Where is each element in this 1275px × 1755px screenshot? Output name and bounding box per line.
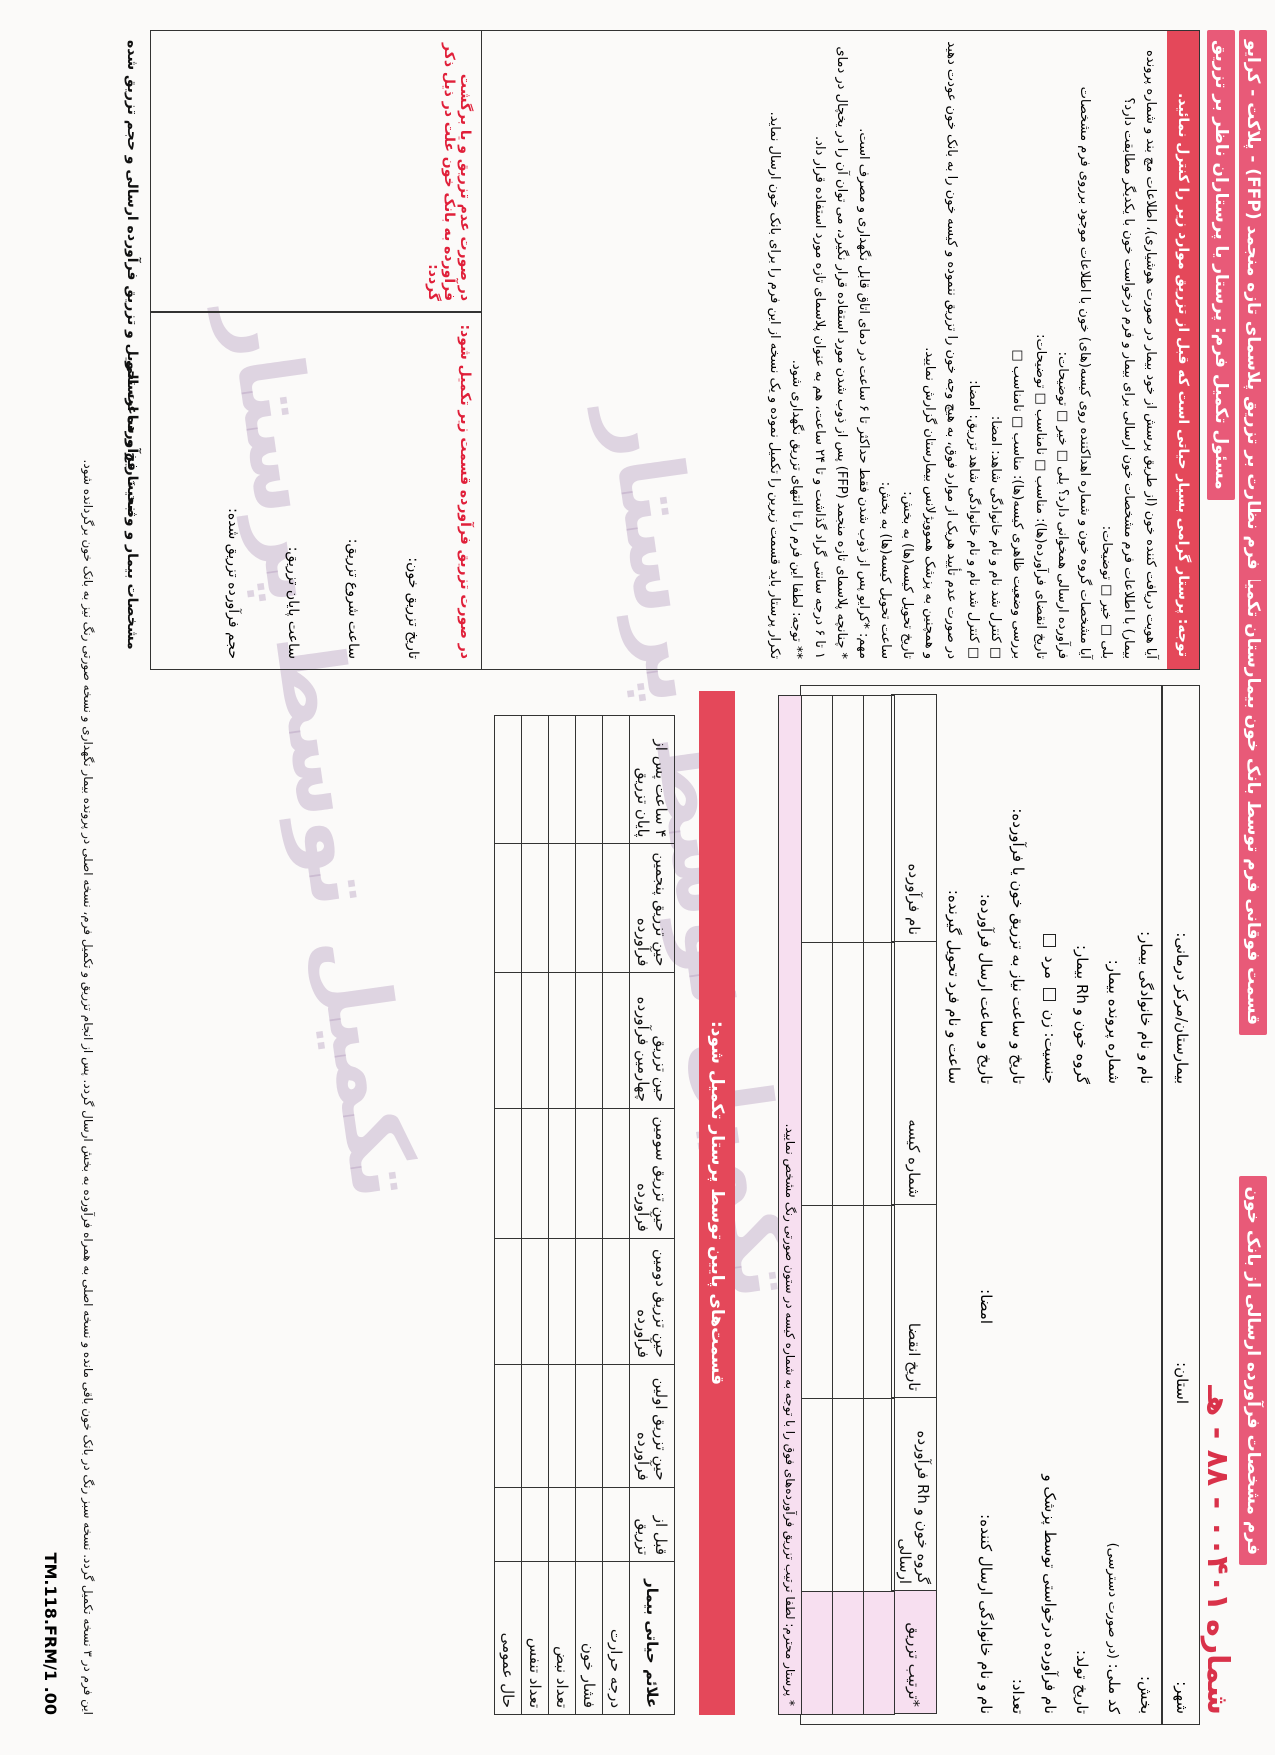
check-item: مهم: *کرایو پس از ذوب شدن فقط حداکثر تا … bbox=[852, 41, 874, 659]
check-item: بررسی وضعیت ظاهری کیسه(ها): مناسب □ نامن… bbox=[1006, 41, 1028, 659]
col-label: تعداد تنفس bbox=[522, 1562, 549, 1715]
national-id-label: کد ملی: (در صورت دسترسی) bbox=[1105, 1543, 1123, 1714]
form-code: TM.118.FRM/1 .00 bbox=[41, 1553, 60, 1715]
cell[interactable] bbox=[864, 696, 895, 943]
check-item: آیا هویت دریافت کننده خون (از طریق پرسش … bbox=[1117, 41, 1161, 659]
cell[interactable] bbox=[603, 1109, 630, 1239]
row-label: حین تزریق اولین فرآورده bbox=[630, 1364, 675, 1487]
col-injection-order: *ترتیب تزریق bbox=[892, 1591, 937, 1714]
cell[interactable] bbox=[522, 1487, 549, 1561]
cell[interactable] bbox=[549, 1109, 576, 1239]
check-item: تاریخ تحویل کیسه(ها) به بخش: bbox=[896, 41, 918, 659]
cell[interactable] bbox=[576, 1364, 603, 1487]
cell[interactable] bbox=[495, 716, 522, 844]
injection-end-time[interactable]: ساعت پایان تزریق: bbox=[285, 547, 301, 659]
blood-transfusion-form-page: تکمیل توسط پرستار تکمیل توسط پرستار شمار… bbox=[0, 0, 1275, 1755]
check-item: در صورت عدم تأیید هریک از موارد فوق، به … bbox=[918, 41, 962, 659]
checks-section: توجه: پرستار گرامی بسیار حیاتی است که قب… bbox=[150, 30, 1200, 670]
cell[interactable] bbox=[603, 1238, 630, 1364]
cell[interactable] bbox=[864, 1206, 895, 1399]
check-item: ** توجه: لطفا این فرم را تا انتهای تزریق… bbox=[785, 41, 807, 659]
product-rows: * پرستار محترم: لطفا ترتیب تزریق فرآورده… bbox=[778, 695, 895, 1715]
checks-title: توجه: پرستار گرامی بسیار حیاتی است که قب… bbox=[1167, 31, 1199, 669]
vitals-row: علائم حیاتی بیمار قبل از تزریق حین تزریق… bbox=[630, 716, 675, 1715]
cell[interactable] bbox=[522, 973, 549, 1109]
cell[interactable] bbox=[522, 1364, 549, 1487]
check-item: تکرار پرستار باید قسمت زیرین را تکمیل نم… bbox=[763, 41, 785, 659]
cell[interactable] bbox=[549, 1364, 576, 1487]
birth-date-label: تاریخ تولد: bbox=[1073, 1650, 1091, 1714]
cell[interactable] bbox=[603, 844, 630, 973]
cell[interactable] bbox=[802, 1206, 833, 1399]
cell[interactable] bbox=[576, 1109, 603, 1239]
footer-note: این فرم در ۳ نسخه تکمیل گردد. نسخه سبز ر… bbox=[81, 40, 95, 1715]
cell[interactable] bbox=[522, 716, 549, 844]
cell[interactable] bbox=[833, 1399, 864, 1592]
cell[interactable] bbox=[576, 973, 603, 1109]
form-title-bar: فرم مشخصات فرآورده ارسالی از بانک خون bbox=[1239, 1176, 1267, 1565]
cell[interactable] bbox=[576, 1238, 603, 1364]
cell[interactable] bbox=[576, 1487, 603, 1561]
receiver-label: ساعت و نام فرد تحویل گیرنده: bbox=[945, 890, 963, 1084]
row-label: قبل از تزریق bbox=[630, 1487, 675, 1561]
cell[interactable] bbox=[864, 943, 895, 1206]
col-blood-group: گروه خون و Rh فرآورده ارسالی bbox=[892, 1398, 937, 1591]
check-item: □ کنترل شد نام و نام خانوادگی شاهد تزریق… bbox=[962, 41, 984, 659]
check-item: □ کنترل شد نام و نام خانوادگی شاهد: امضا… bbox=[984, 41, 1006, 659]
send-datetime-label: تاریخ و ساعت ارسال فرآورده: bbox=[977, 894, 995, 1084]
serial-number: شماره ۰۰۴۰۱ - ۸۸ - هـ bbox=[1200, 1385, 1235, 1715]
form-subtitle-right: فرم نظارت بر تزریق پلاسمای تازه منجمد (F… bbox=[1239, 30, 1267, 580]
cell[interactable] bbox=[802, 696, 833, 943]
col-label: تعداد نبض bbox=[549, 1562, 576, 1715]
col-bag-number: شماره کیسه bbox=[892, 942, 937, 1205]
cell[interactable] bbox=[864, 1399, 895, 1592]
cell[interactable] bbox=[576, 844, 603, 973]
gender-male-checkbox[interactable] bbox=[1043, 934, 1056, 947]
requested-count-label: تعداد: bbox=[1009, 1679, 1027, 1714]
cell[interactable] bbox=[522, 844, 549, 973]
product-table-note: * پرستار محترم: لطفا ترتیب تزریق فرآورده… bbox=[778, 695, 801, 1715]
injection-start-time[interactable]: ساعت شروع تزریق: bbox=[345, 539, 361, 659]
requested-product-label: نام فرآورده درخواستی توسط پزشک و bbox=[1041, 1474, 1059, 1714]
signature-label: امضا: bbox=[977, 1289, 995, 1324]
check-item: بلی □ خیر □ توضیحات: bbox=[1095, 41, 1117, 659]
product-table-header: *ترتیب تزریق گروه خون و Rh فرآورده ارسال… bbox=[892, 695, 937, 1714]
check-item: تاریخ انقضای فرآورده(ها): مناسب □ نامناس… bbox=[1028, 41, 1050, 659]
cell[interactable] bbox=[549, 1487, 576, 1561]
cell[interactable] bbox=[495, 1364, 522, 1487]
cell[interactable] bbox=[576, 716, 603, 844]
cell[interactable] bbox=[603, 716, 630, 844]
row-label: ۴ ساعت پس از پایان تزریق bbox=[630, 716, 675, 844]
col-label: فشار خون bbox=[576, 1562, 603, 1715]
cell[interactable] bbox=[833, 943, 864, 1206]
injection-record-title: در صورت تزریق فرآورده قسمت زیر تکمیل شود… bbox=[457, 324, 473, 659]
sender-name-label: نام و نام خانوادگی ارسال کننده: bbox=[977, 1514, 995, 1714]
row-label: حین تزریق چهارمین فرآورده bbox=[630, 973, 675, 1109]
cell[interactable] bbox=[495, 844, 522, 973]
province-label: استان: bbox=[1173, 1362, 1191, 1404]
vitals-title: علائم حیاتی بیمار bbox=[630, 1562, 675, 1715]
request-datetime-label: تاریخ و ساعت نیاز به تزریق خون یا فرآورد… bbox=[1009, 808, 1027, 1084]
cell[interactable] bbox=[833, 696, 864, 943]
not-injected-title: در صورت عدم تزریق و یا برگشت فرآورده به … bbox=[425, 41, 473, 301]
city-label: شهر: bbox=[1173, 1681, 1191, 1714]
cell[interactable] bbox=[522, 1109, 549, 1239]
check-item: ساعت تحویل کیسه(ها) به بخش: bbox=[874, 41, 896, 659]
form-subtitle-right2: مسئول تکمیل فرم: پرستار یا پرستاران ناظر… bbox=[1207, 30, 1235, 500]
col-label: حال عمومی bbox=[495, 1562, 522, 1715]
cell[interactable] bbox=[802, 943, 833, 1206]
check-item: * چنانچه پلاسمای تازه منجمد (FFP) پس از … bbox=[808, 41, 852, 659]
nurse-section-title: قسمت‌های پایین توسط پرستار تکمیل شود: bbox=[699, 691, 735, 1715]
injection-date[interactable]: تاریخ تزریق خون: bbox=[405, 557, 421, 659]
row-label: حین تزریق پنجمین فرآورده bbox=[630, 844, 675, 973]
injection-record: در صورت تزریق فرآورده قسمت زیر تکمیل شود… bbox=[151, 31, 482, 669]
check-item: آیا مشخصات گروه خون و شماره اهداکننده رو… bbox=[1051, 41, 1095, 659]
file-number-label: شماره پرونده بیمار: bbox=[1105, 960, 1123, 1084]
cell[interactable] bbox=[522, 1238, 549, 1364]
cell[interactable] bbox=[833, 1206, 864, 1399]
cell[interactable] bbox=[549, 973, 576, 1109]
order-cell[interactable] bbox=[802, 1592, 833, 1715]
order-cell[interactable] bbox=[833, 1592, 864, 1715]
cell[interactable] bbox=[495, 1109, 522, 1239]
injected-volume[interactable]: حجم فرآورده تزریق شده: bbox=[225, 508, 241, 659]
cell[interactable] bbox=[603, 1487, 630, 1561]
cell[interactable] bbox=[549, 844, 576, 973]
form-subtitle-top: قسمت فوقانی فرم توسط بانک خون بیمارستان … bbox=[1239, 509, 1267, 1035]
footer-right-label: مشخصات بیمار و وضعیت فرآورده ارسالی bbox=[124, 360, 140, 650]
vitals-table: علائم حیاتی بیمار قبل از تزریق حین تزریق… bbox=[494, 715, 675, 1715]
cell[interactable] bbox=[495, 1238, 522, 1364]
col-product-name: نام فرآورده bbox=[892, 695, 937, 942]
cell[interactable] bbox=[603, 973, 630, 1109]
col-expiry: تاریخ انقضا bbox=[892, 1205, 937, 1398]
patient-name-label: نام و نام خانوادگی بیمار: bbox=[1137, 931, 1155, 1084]
order-cell[interactable] bbox=[864, 1592, 895, 1715]
cell[interactable] bbox=[802, 1399, 833, 1592]
row-label: حین تزریق سومین فرآورده bbox=[630, 1109, 675, 1239]
row-label: حین تزریق دومین فرآورده bbox=[630, 1238, 675, 1364]
cell[interactable] bbox=[549, 1238, 576, 1364]
cell[interactable] bbox=[603, 1364, 630, 1487]
cell[interactable] bbox=[549, 716, 576, 844]
cell[interactable] bbox=[495, 1487, 522, 1561]
col-label: درجه حرارت bbox=[603, 1562, 630, 1715]
blood-group-label: گروه خون و Rh بیمار: bbox=[1073, 945, 1091, 1084]
ward-label: بخش: bbox=[1137, 1676, 1155, 1714]
gender-field: جنسیت: زن مرد bbox=[1041, 930, 1059, 1084]
product-table: *ترتیب تزریق گروه خون و Rh فرآورده ارسال… bbox=[891, 694, 937, 1714]
cell[interactable] bbox=[495, 973, 522, 1109]
gender-female-checkbox[interactable] bbox=[1043, 988, 1056, 1001]
hospital-label: بیمارستان/مرکز درمانی: bbox=[1173, 932, 1191, 1084]
